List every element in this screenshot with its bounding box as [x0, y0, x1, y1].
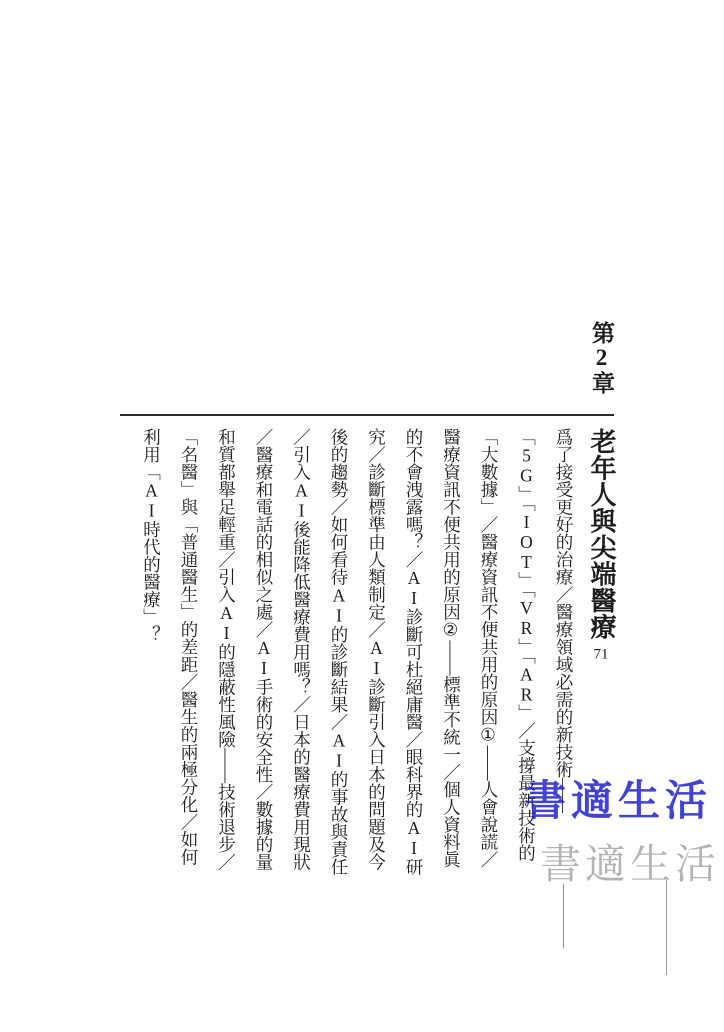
toc-line: 醫療資訊不便共用的原因②——標準不統一／個人資料眞	[432, 428, 470, 898]
chapter-title: 老年人與尖端醫療	[587, 428, 616, 640]
watermark-primary: 書適生活	[524, 768, 712, 828]
divider-line	[120, 414, 614, 416]
book-page: 第2章 老年人與尖端醫療 71 爲了接受更好的治療／醫療領域必需的新技術——「5…	[0, 0, 724, 1032]
toc-line: 究／診斷標準由人類制定／AI診斷引入日本的問題及今	[357, 428, 395, 898]
chapter-page-number: 71	[593, 647, 609, 662]
watermark-secondary: 書適生活	[540, 831, 720, 890]
toc-line: 的不會洩露嗎？／AI診斷可杜絕庸醫／眼科界的AI研	[395, 428, 433, 898]
scan-artifact-line	[563, 884, 564, 948]
chapter-marker-label: 第2章	[589, 321, 614, 395]
chapter-marker: 第2章	[588, 321, 614, 395]
toc-line: 和質都舉足輕重／引入AI的隱蔽性風險——技術退步／	[207, 428, 245, 898]
toc-line: ／引入AI後能降低醫療費用嗎？／日本的醫療費用現狀	[282, 428, 320, 898]
toc-line: 利用「AI時代的醫療」？	[132, 428, 170, 898]
toc-line: 「名醫」與「普通醫生」的差距／醫生的兩極分化／如何	[170, 428, 208, 898]
watermark-secondary-text: 書適生活	[540, 841, 720, 887]
scan-artifact-line	[666, 880, 667, 975]
toc-line: ／醫療和電話的相似之處／AI手術的安全性／數據的量	[245, 428, 283, 898]
toc-line: 後的趨勢／如何看待AI的診斷結果／AI的事故與責任	[320, 428, 358, 898]
watermark-primary-text: 書適生活	[524, 779, 712, 825]
toc-line: 「大數據」／醫療資訊不便共用的原因①——人會說謊／	[470, 428, 508, 898]
